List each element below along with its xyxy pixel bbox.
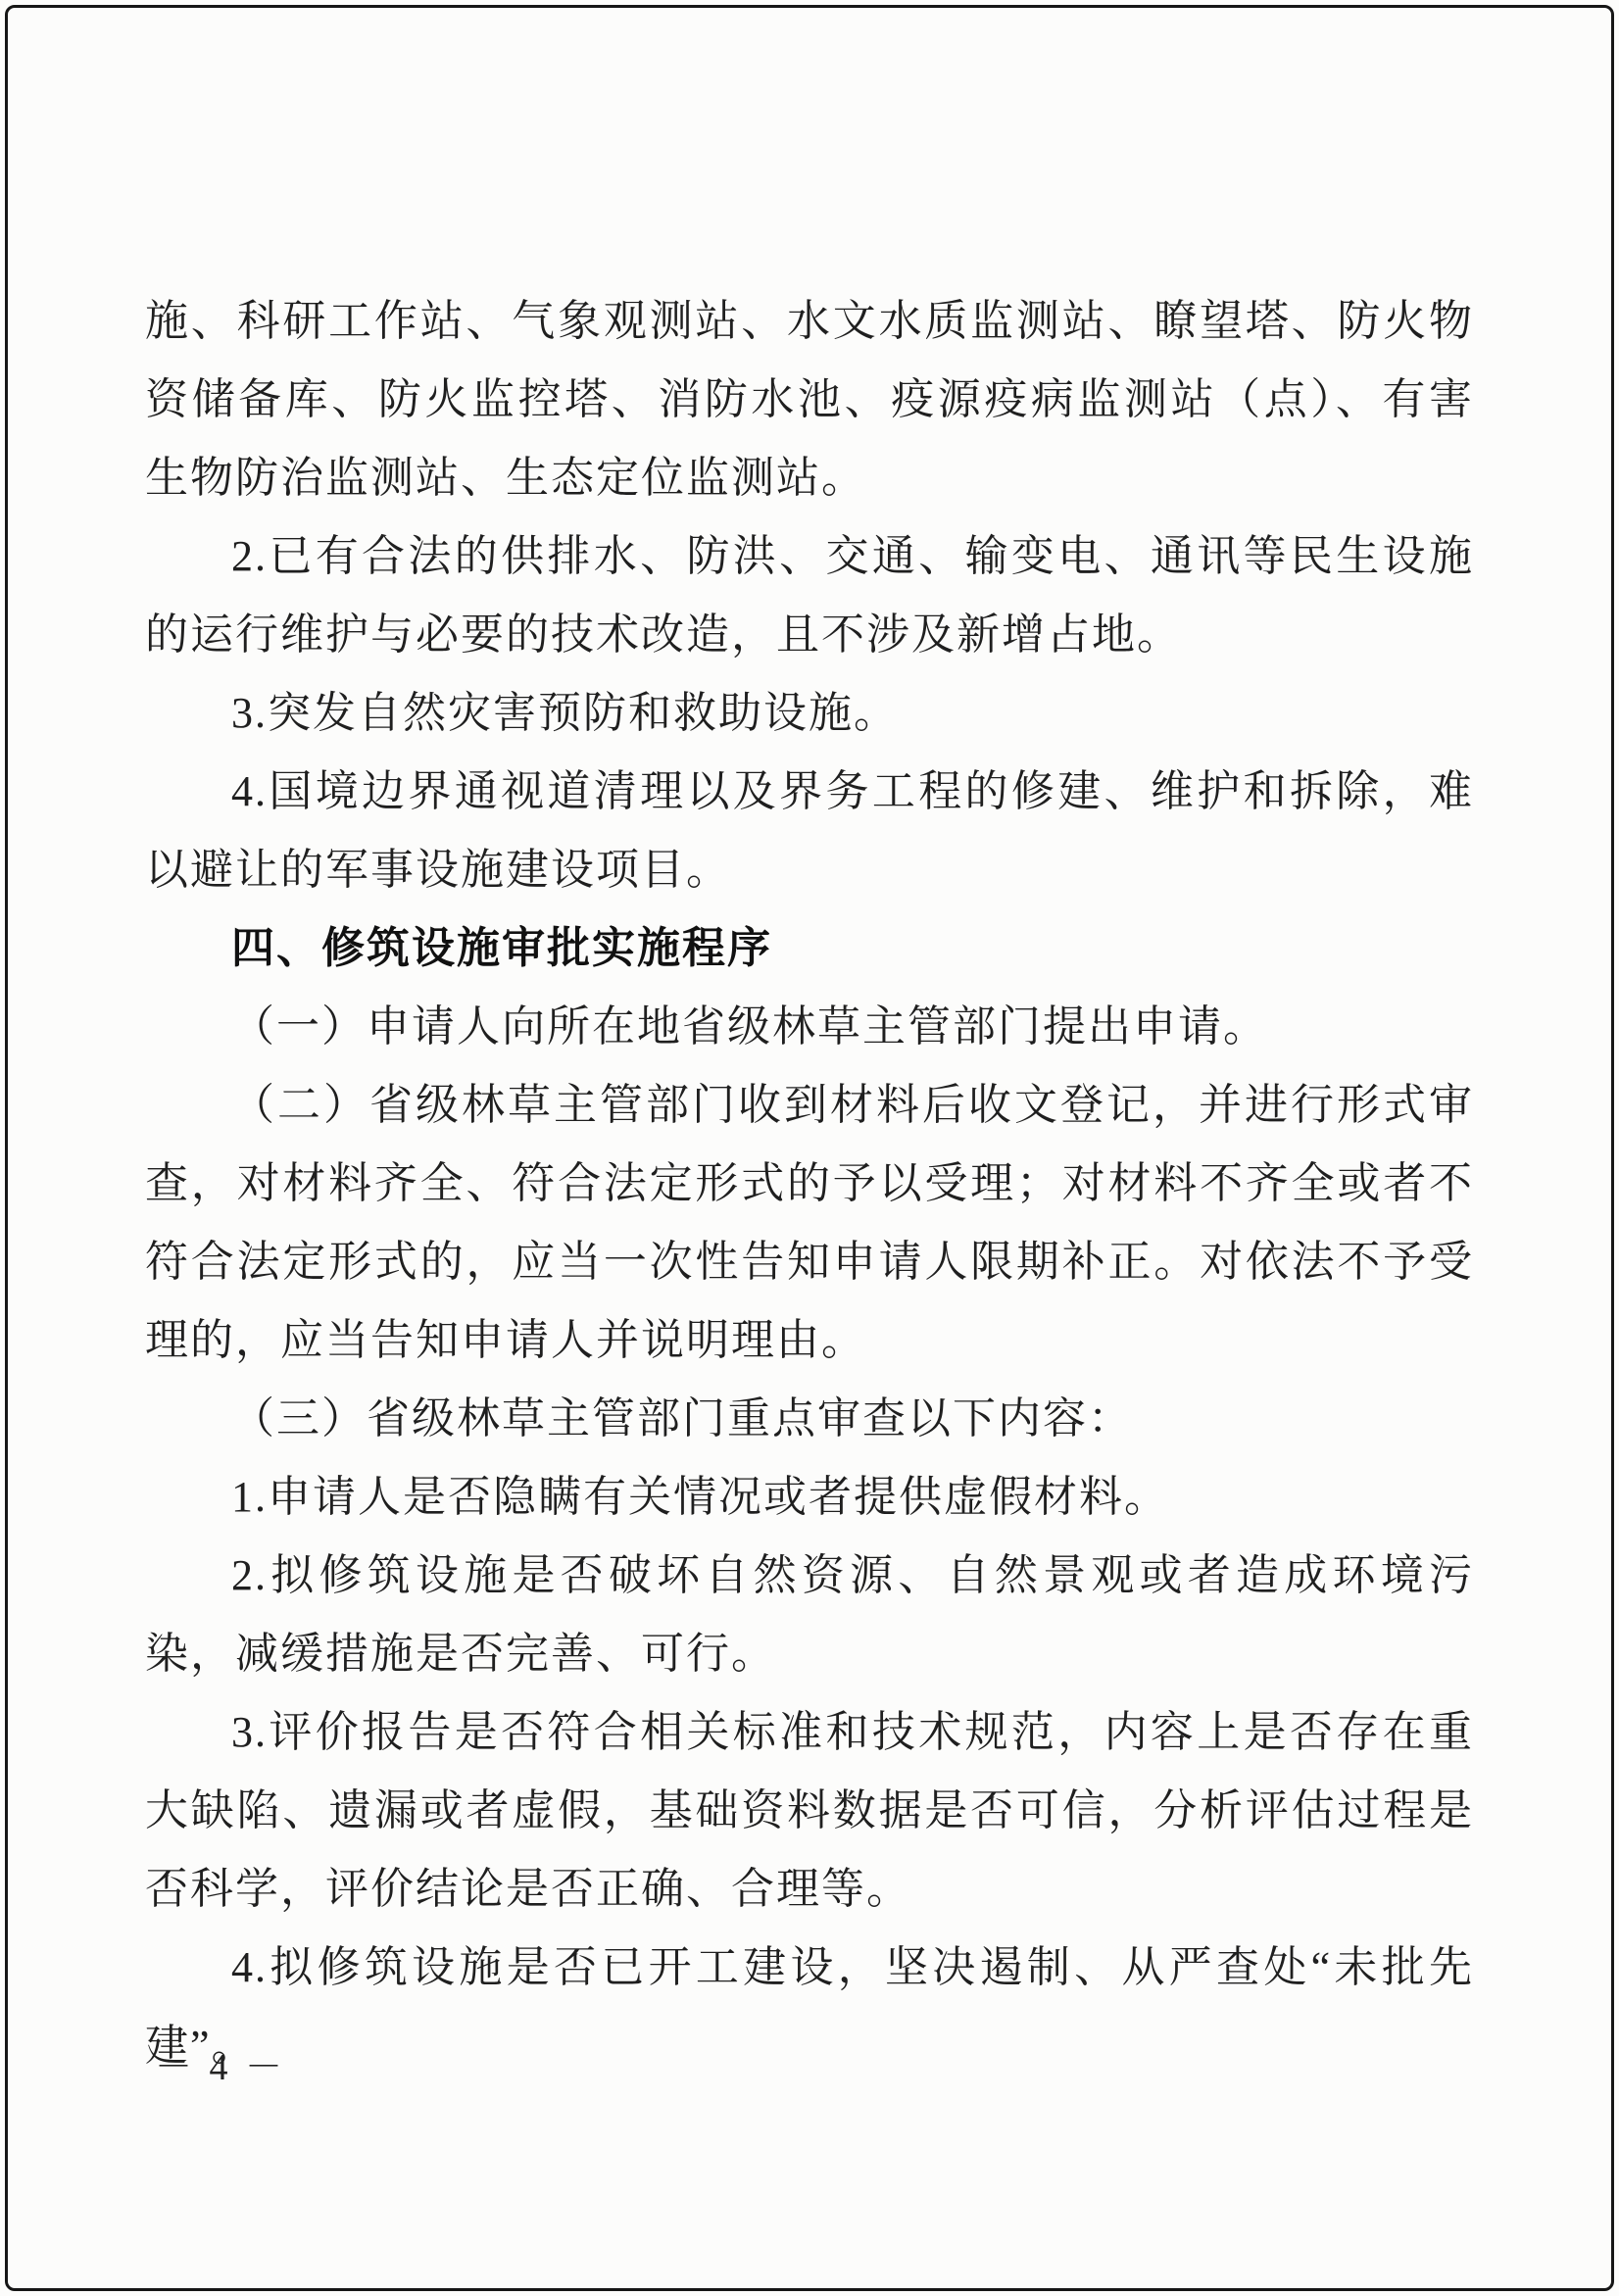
section-heading: 四、修筑设施审批实施程序 (145, 909, 1474, 988)
paragraph: （二）省级林草主管部门收到材料后收文登记，并进行形式审查，对材料齐全、符合法定形… (145, 1066, 1474, 1380)
scanned-document-page: 施、科研工作站、气象观测站、水文水质监测站、瞭望塔、防火物资储备库、防火监控塔、… (0, 0, 1619, 2296)
paragraph: （一）申请人向所在地省级林草主管部门提出申请。 (145, 988, 1474, 1066)
paragraph: 2.已有合法的供排水、防洪、交通、输变电、通讯等民生设施的运行维护与必要的技术改… (145, 517, 1474, 674)
document-body: 施、科研工作站、气象观测站、水文水质监测站、瞭望塔、防火物资储备库、防火监控塔、… (145, 282, 1474, 2085)
paragraph: 3.突发自然灾害预防和救助设施。 (145, 674, 1474, 753)
paragraph: 4.拟修筑设施是否已开工建设，坚决遏制、从严查处“未批先建”。 (145, 1929, 1474, 2085)
paragraph: 1.申请人是否隐瞒有关情况或者提供虚假材料。 (145, 1458, 1474, 1537)
paragraph: （三）省级林草主管部门重点审查以下内容： (145, 1380, 1474, 1458)
paragraph: 4.国境边界通视道清理以及界务工程的修建、维护和拆除，难以避让的军事设施建设项目… (145, 753, 1474, 909)
paragraph: 2.拟修筑设施是否破坏自然资源、自然景观或者造成环境污染，减缓措施是否完善、可行… (145, 1537, 1474, 1693)
page-number: － 4 － (155, 2036, 286, 2090)
paragraph: 施、科研工作站、气象观测站、水文水质监测站、瞭望塔、防火物资储备库、防火监控塔、… (145, 282, 1474, 517)
paragraph: 3.评价报告是否符合相关标准和技术规范，内容上是否存在重大缺陷、遗漏或者虚假，基… (145, 1693, 1474, 1929)
